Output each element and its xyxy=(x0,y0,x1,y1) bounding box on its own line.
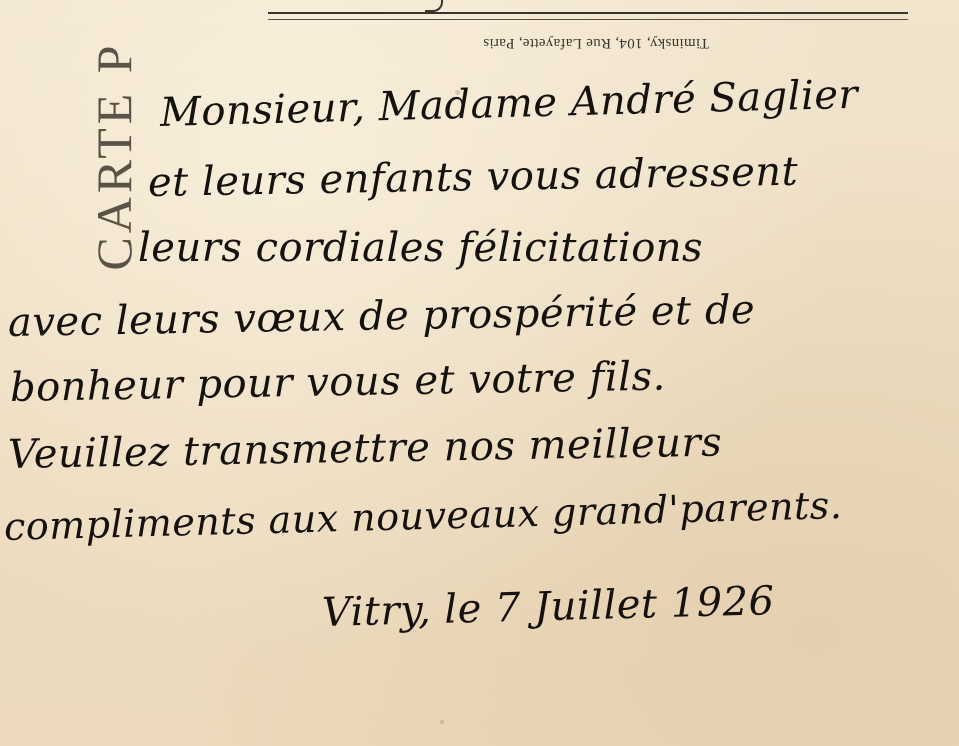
printed-rule-top xyxy=(268,12,908,14)
printed-rule-bottom xyxy=(268,19,908,20)
message-line-2: et leurs enfants vous adressent xyxy=(148,149,799,206)
message-line-7: compliments aux nouveaux grand'parents. xyxy=(3,483,842,549)
message-line-5: bonheur pour vous et votre fils. xyxy=(10,354,667,411)
carte-postale-heading: CARTE P xyxy=(86,6,142,306)
postcard-back: Timinsky, 104, Rue Lafayette, Paris CART… xyxy=(0,0,959,746)
message-line-3: leurs cordiales félicitations xyxy=(138,225,703,271)
message-line-6: Veuillez transmettre nos meilleurs xyxy=(8,420,723,478)
paper-speck xyxy=(440,720,444,724)
message-dateline: Vitry, le 7 Juillet 1926 xyxy=(321,578,775,636)
message-line-greeting: Monsieur, Madame André Saglier xyxy=(159,72,858,136)
rule-flourish xyxy=(425,0,443,12)
carte-postale-text: CARTE P xyxy=(85,41,143,270)
printer-imprint: Timinsky, 104, Rue Lafayette, Paris xyxy=(416,34,776,51)
